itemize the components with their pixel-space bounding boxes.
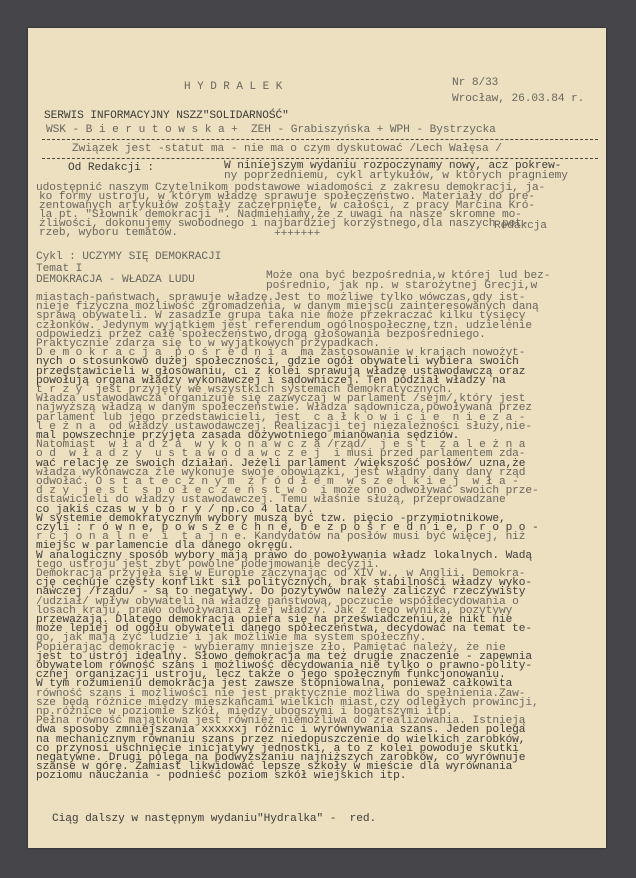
article-line: poziomu nauczania - podnieść poziom szkó… <box>36 771 406 782</box>
editorial-signature: Redakcja <box>494 221 547 232</box>
editorial-label: Od Redakcji : <box>68 163 154 174</box>
service-name: SERWIS INFORMACYJNY NSZZ"SOLIDARNOŚĆ" <box>44 111 289 122</box>
newsletter-title: HYDRALEK <box>184 82 289 93</box>
continuation-note: Ciąg dalszy w następnym wydaniu"Hydralka… <box>52 814 376 825</box>
editorial-line: ny poprzedniemu, cykl artykułów, w który… <box>224 171 568 182</box>
place-date: Wrocław, 26.03.84 r. <box>452 94 584 105</box>
plants-line: WSK - B i e r u t o w s k a + ZEH - Grab… <box>46 125 496 136</box>
article-heading: DEMOKRACJA - WŁADZA LUDU <box>36 275 195 286</box>
editorial-line: rzeb, wyboru tematów. <box>39 228 178 239</box>
article-line: pośrednio, jak np. w starożytnej Grecji,… <box>266 281 537 292</box>
separator-line <box>42 139 598 140</box>
cycle-title: Cykl : UCZYMY SIĘ DEMOKRACJI <box>36 252 221 263</box>
separator-line <box>42 158 598 159</box>
issue-number: Nr 8/33 <box>452 78 498 89</box>
document-page: HYDRALEK Nr 8/33 Wrocław, 26.03.84 r. SE… <box>28 28 606 848</box>
motto: Związek jest -statut ma - nie ma o czym … <box>72 144 502 155</box>
editorial-separator: +++++++ <box>274 229 320 240</box>
